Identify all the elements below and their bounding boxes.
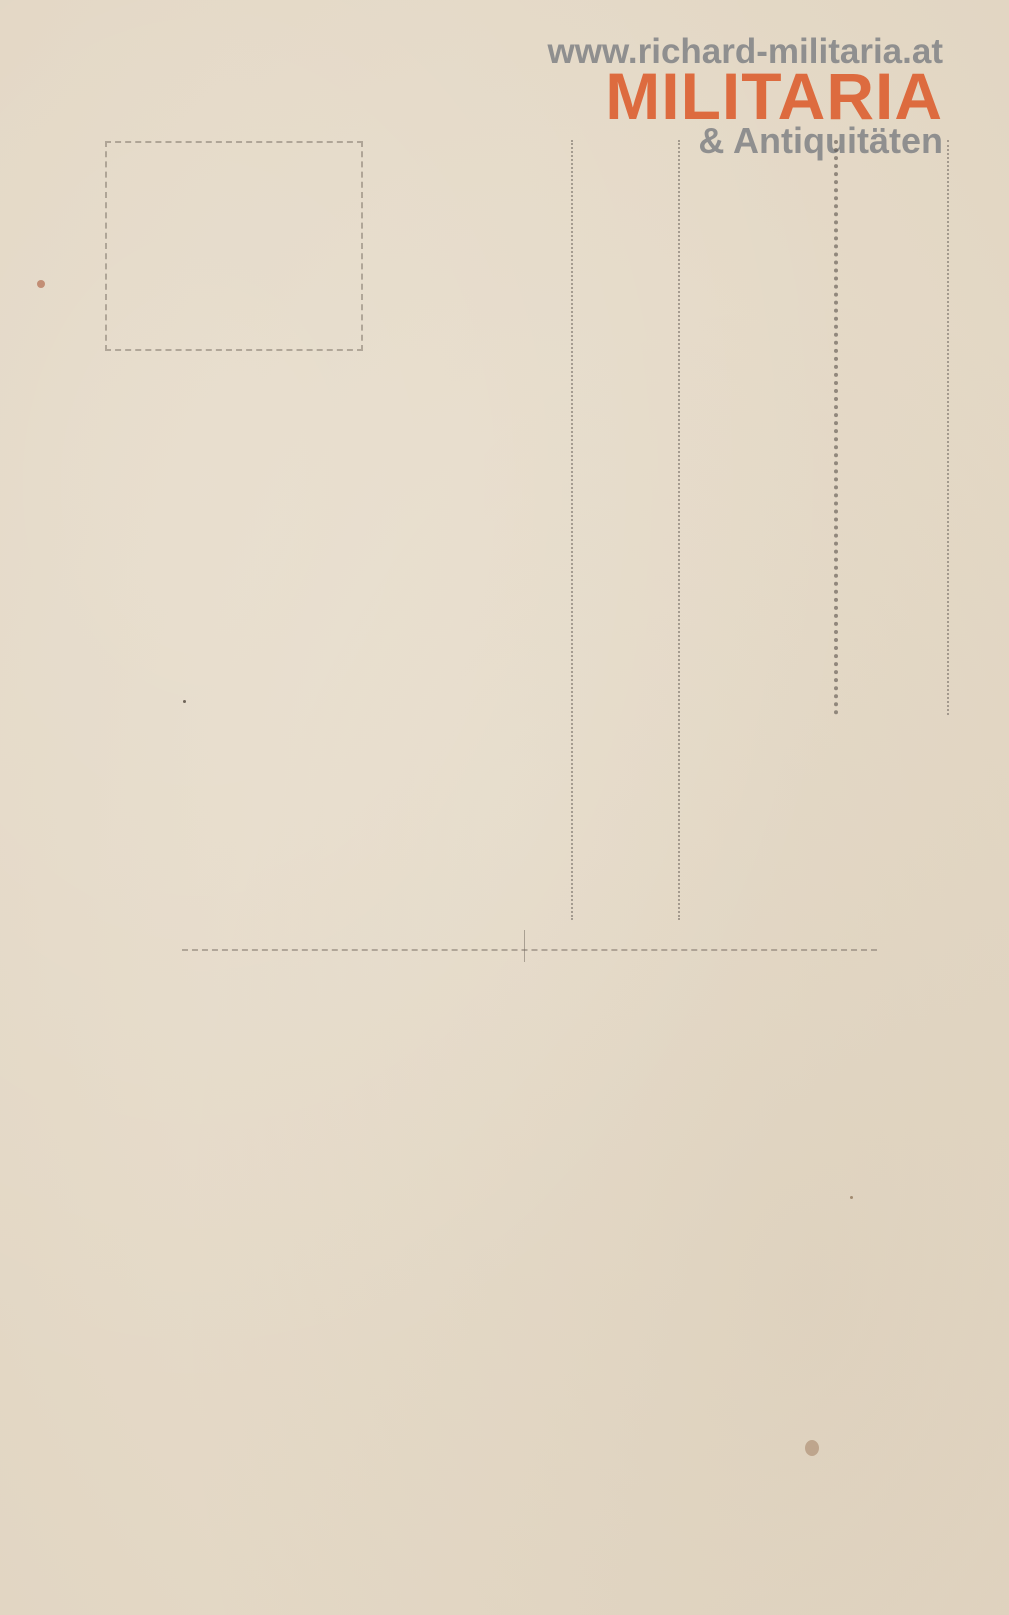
- postcard-back: www.richard-militaria.at MILITARIA & Ant…: [0, 0, 1009, 1615]
- paper-spot: [183, 700, 186, 703]
- stamp-box: [105, 141, 363, 351]
- watermark: www.richard-militaria.at MILITARIA & Ant…: [548, 34, 943, 159]
- address-line-2: [834, 140, 838, 715]
- paper-spot: [37, 280, 45, 288]
- paper-spot: [850, 1196, 853, 1199]
- divider-line-vertical: [571, 140, 573, 920]
- address-line-1: [678, 140, 680, 920]
- address-line-3: [947, 140, 949, 715]
- paper-spot: [805, 1440, 819, 1456]
- center-tick: [524, 930, 525, 962]
- divider-line-horizontal: [182, 949, 877, 951]
